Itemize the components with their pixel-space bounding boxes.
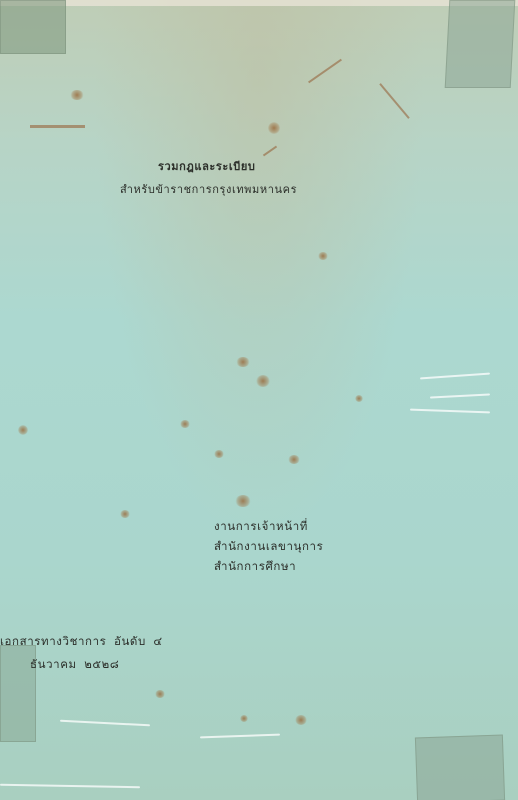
department-line2: สำนักงานเลขานุการ xyxy=(214,538,323,556)
foxing-stain xyxy=(295,715,307,725)
foxing-stain xyxy=(18,425,28,435)
top-edge-band xyxy=(0,0,518,6)
plastic-sheen xyxy=(420,373,490,380)
document-cover: รวมกฎและระเบียบ สำหรับข้าราชการกรุงเทพมห… xyxy=(0,0,518,800)
plastic-sheen xyxy=(410,409,490,414)
plastic-sheen xyxy=(200,734,280,739)
foxing-stain xyxy=(155,690,165,698)
foxing-stain xyxy=(235,495,251,507)
tape-top-right xyxy=(445,0,516,88)
document-title-line1: รวมกฎและระเบียบ xyxy=(158,157,256,175)
foxing-stain xyxy=(355,395,363,402)
tape-top-left xyxy=(0,0,66,54)
foxing-stain xyxy=(240,715,248,722)
foxing-stain xyxy=(256,375,270,387)
foxing-stain xyxy=(214,450,224,458)
foxing-stain xyxy=(70,90,84,100)
tape-bottom-right xyxy=(415,734,505,800)
series-label: เอกสารทางวิชาการ อันดับ ๔ xyxy=(0,633,163,651)
publication-date: ธันวาคม ๒๕๒๘ xyxy=(30,656,119,674)
plastic-sheen xyxy=(0,784,140,788)
scratch-mark xyxy=(30,125,85,128)
foxing-stain xyxy=(236,357,250,367)
department-line3: สำนักการศึกษา xyxy=(214,558,296,576)
plastic-sheen xyxy=(60,720,150,727)
foxing-stain xyxy=(180,420,190,428)
scratch-mark xyxy=(379,83,409,119)
document-title-line2: สำหรับข้าราชการกรุงเทพมหานคร xyxy=(120,180,297,198)
department-line1: งานการเจ้าหน้าที่ xyxy=(214,518,308,536)
foxing-stain xyxy=(288,455,300,464)
plastic-sheen xyxy=(430,393,490,398)
foxing-stain xyxy=(268,122,280,134)
foxing-stain xyxy=(318,252,328,260)
foxing-stain xyxy=(120,510,130,518)
scratch-mark xyxy=(308,59,342,84)
scratch-mark xyxy=(263,146,277,157)
